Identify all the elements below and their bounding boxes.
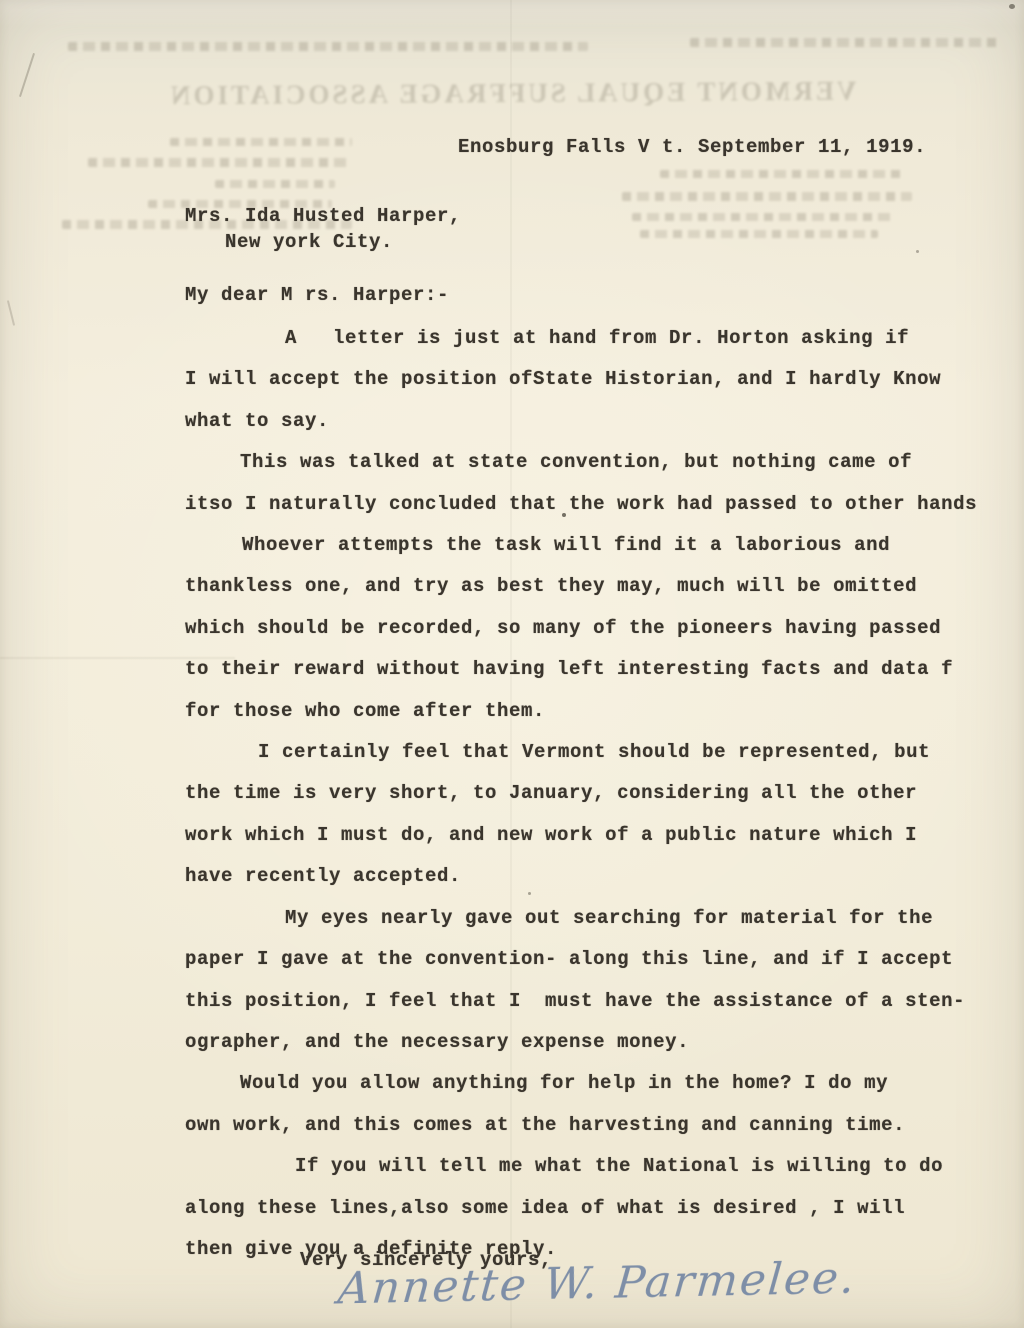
bleedthrough-smudge <box>215 180 335 188</box>
bleedthrough-smudge <box>170 138 352 146</box>
body-line: for those who come after them. <box>185 691 1015 732</box>
bleedthrough-smudge <box>640 230 878 238</box>
pen-mark <box>19 53 35 97</box>
body-line: I certainly feel that Vermont should be … <box>185 732 1015 773</box>
bleedthrough-smudge <box>632 213 893 221</box>
body-line: thankless one, and try as best they may,… <box>185 566 1015 607</box>
body-line: to their reward without having left inte… <box>185 649 1015 690</box>
bleedthrough-smudge <box>88 158 352 167</box>
body-line: paper I gave at the convention- along th… <box>185 939 1015 980</box>
body-line: I will accept the position ofState Histo… <box>185 359 1015 400</box>
body-line: This was talked at state convention, but… <box>185 442 1015 483</box>
ink-speck <box>916 250 919 253</box>
bleedthrough-letterhead: VERMONT EQUAL SUFFRAGE ASSOCIATION <box>0 78 1024 109</box>
body-line: Whoever attempts the task will find it a… <box>185 525 1015 566</box>
body-line: along these lines,also some idea of what… <box>185 1188 1015 1229</box>
ink-speck <box>1009 4 1015 9</box>
body-line: A letter is just at hand from Dr. Horton… <box>185 318 1015 359</box>
body-line: work which I must do, and new work of a … <box>185 815 1015 856</box>
body-line: what to say. <box>185 401 1015 442</box>
body-line: own work, and this comes at the harvesti… <box>185 1105 1015 1146</box>
recipient-address: Mrs. Ida Husted Harper, New york City. <box>185 203 461 255</box>
bleedthrough-smudge <box>660 170 905 178</box>
dateline: Enosburg Falls V t. September 11, 1919. <box>458 136 926 158</box>
bleedthrough-smudge <box>690 38 1000 47</box>
signature: Annette W. Parmelee. <box>336 1252 880 1314</box>
letter-body: A letter is just at hand from Dr. Horton… <box>185 318 1015 1270</box>
body-line: which should be recorded, so many of the… <box>185 608 1015 649</box>
salutation: My dear M rs. Harper:- <box>185 284 449 306</box>
body-line: Would you allow anything for help in the… <box>185 1063 1015 1104</box>
recipient-city: New york City. <box>185 229 461 255</box>
pen-mark <box>7 300 15 326</box>
recipient-name: Mrs. Ida Husted Harper, <box>185 203 461 229</box>
body-line: If you will tell me what the National is… <box>185 1146 1015 1187</box>
letter-page: VERMONT EQUAL SUFFRAGE ASSOCIATION Enosb… <box>0 0 1024 1328</box>
body-line: My eyes nearly gave out searching for ma… <box>185 898 1015 939</box>
body-line: this position, I feel that I must have t… <box>185 981 1015 1022</box>
body-line: have recently accepted. <box>185 856 1015 897</box>
body-line: ographer, and the necessary expense mone… <box>185 1022 1015 1063</box>
body-line: itso I naturally concluded that the work… <box>185 484 1015 525</box>
bleedthrough-smudge <box>622 192 912 201</box>
body-line: the time is very short, to January, cons… <box>185 773 1015 814</box>
